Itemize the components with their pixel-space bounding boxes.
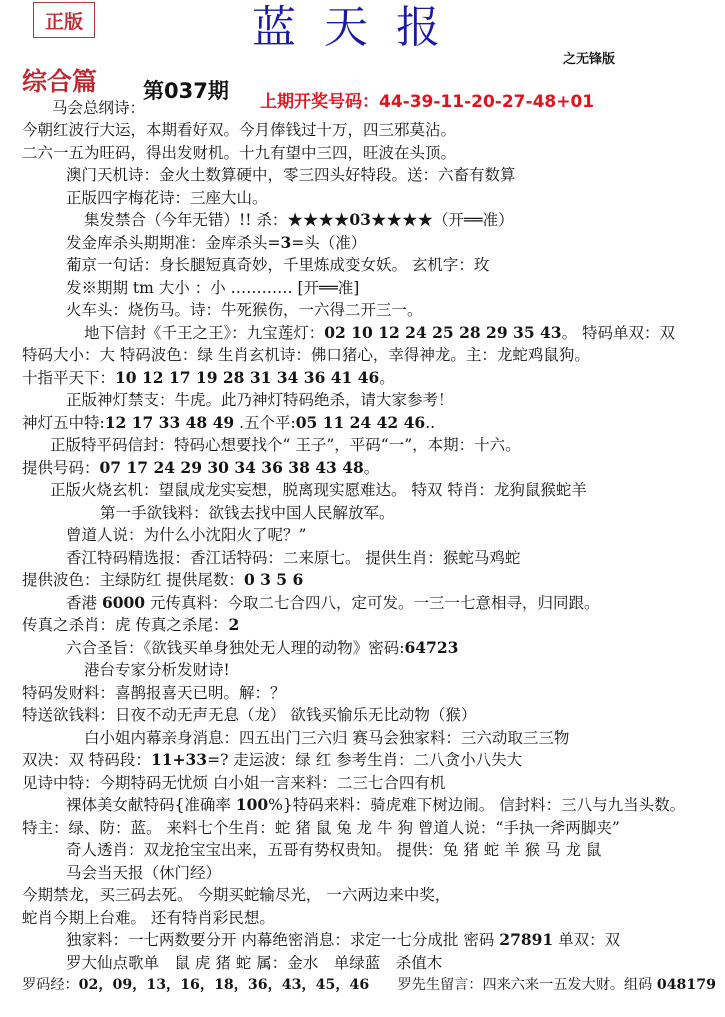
article-line: 地下信封《千王之王》：九宝莲灯：02 10 12 24 25 28 29 35 … — [84, 323, 675, 343]
article-line: 正版特平码信封：特码心想要找个“ 王子”，平码“一”，本期：十六。 — [50, 435, 521, 455]
section-title: 综合篇 — [22, 62, 97, 98]
article-line: 曾道人说：为什么小沈阳火了呢？” — [66, 525, 306, 545]
article-line: 特码发财料：喜鹊报喜天已明。解：？ — [22, 683, 286, 703]
article-line: 火车头：烧伤马。诗：牛死猴伤，一六得二开三一。 — [66, 300, 423, 320]
last-draw-label: 上期开奖号码： — [260, 92, 379, 112]
article-line: 马会当天报（休门经） — [66, 863, 221, 883]
footer-line: 罗码经：02，09，13，16，18，36，43，45，46 罗先生留言：四来六… — [22, 975, 716, 995]
article-line: 发※期期 tm 大小 ：小 ………… [开══准] — [66, 278, 359, 298]
article-line: 二六一五为旺码，得出发财机。十九有望中三四，旺波在头顶。 — [22, 143, 456, 163]
article-line: 奇人透肖：双龙抢宝宝出来，五哥有势权贵知。 提供：兔 猪 蛇 羊 猴 马 龙 鼠 — [66, 840, 601, 860]
article-line: 传真之杀肖：虎 传真之杀尾：2 — [22, 615, 239, 635]
article-line: 特码大小：大 特码波色：绿 生肖玄机诗：佛口猪心，幸得神龙。主：龙蛇鸡鼠狗。 — [22, 345, 590, 365]
last-draw: 上期开奖号码：44-39-11-20-27-48+01 — [260, 87, 594, 112]
issue-number: 第037期 — [143, 75, 229, 105]
article-line: 澳门天机诗：金火土数算硬中，零三四头好特段。送：六畜有数算 — [66, 165, 516, 185]
article-line: 提供波色：主绿防红 提供尾数：0 3 5 6 — [22, 570, 303, 590]
masthead-title: 蓝天报 — [252, 0, 468, 56]
article-line: 蛇肖今期上台难。 还有特肖彩民想。 — [22, 908, 275, 928]
article-line: 香江特码精选报：香江话特码：二来原七。 提供生肖：猴蛇马鸡蛇 — [66, 548, 520, 568]
article-line: 提供号码：07 17 24 29 30 34 36 38 43 48。 — [22, 458, 379, 478]
article-line: 六合圣旨：《欲钱买单身独处无人理的动物》密码:64723 — [66, 638, 458, 658]
article-line: 马会总纲诗： — [52, 98, 145, 118]
article-line: 第一手欲钱料：欲钱去找中国人民解放军。 — [100, 503, 395, 523]
article-line: 神灯五中特:12 17 33 48 49 .五个平:05 11 24 42 46… — [22, 413, 435, 433]
last-draw-numbers: 44-39-11-20-27-48+01 — [379, 92, 594, 112]
article-line: 葡京一句话：身长腿短真奇妙，千里炼成变女妖。 玄机字：玫 — [66, 255, 489, 275]
article-line: 裸体美女献特码{准确率 100%}特码来料：骑虎难下树边闹。 信封料：三八与九当… — [66, 795, 685, 815]
article-line: 白小姐内幕亲身消息：四五出门三六归 赛马会独家料：三六动取三三物 — [84, 728, 569, 748]
footer-line: 独家料：一七两数要分开 内幕绝密消息：求定一七分成批 密码 27891 单双：双 — [66, 930, 620, 950]
article-line: 集发禁合（今年无错）!! 杀：★★★★03★★★★（开══准） — [84, 210, 514, 230]
article-line: 特送欲钱料：日夜不动无声无息（龙） 欲钱买愉乐无比动物（猴） — [22, 705, 476, 725]
edition-name: 之无锋版 — [563, 48, 615, 67]
article-line: 今朝红波行大运，本期看好双。今月俸钱过十万，四三邪莫沾。 — [22, 120, 456, 140]
article-line: 双决：双 特码段：11+33=? 走运波：绿 红 参考生肖：二八贪小八失大 — [22, 750, 522, 770]
article-line: 正版四字梅花诗：三座大山。 — [66, 188, 268, 208]
article-line: 今期禁龙，买三码去死。 今期买蛇输尽光， 一六两边来中奖， — [22, 885, 450, 905]
article-line: 特主：绿、防：蓝。 来料七个生肖：蛇 猪 鼠 兔 龙 牛 狗 曾道人说：“手执一… — [22, 818, 620, 838]
footer-line: 罗大仙点歌单 鼠 虎 猪 蛇 属：金水 单绿蓝 杀值木 — [66, 953, 442, 973]
edition-badge: 正版 — [33, 2, 95, 38]
article-line: 香港 6000 元传真料：今取二七合四八，定可发。一三一七意相寻，归同跟。 — [66, 593, 600, 613]
article-line: 港台专家分析发财诗! — [84, 660, 230, 680]
article-line: 正版神灯禁支：牛虎。此乃神灯特码绝杀，请大家参考！ — [66, 390, 454, 410]
article-line: 见诗中特：今期特码无忧烦 白小姐一言来料：二三七合四有机 — [22, 773, 445, 793]
article-line: 正版火烧玄机：望鼠成龙实妄想，脱离现实愿难达。 特双 特肖：龙狗鼠猴蛇羊 — [50, 480, 587, 500]
article-line: 十指平天下：10 12 17 19 28 31 34 36 41 46。 — [22, 368, 395, 388]
article-line: 发金库杀头期期准：金库杀头=3=头（准） — [66, 233, 366, 253]
